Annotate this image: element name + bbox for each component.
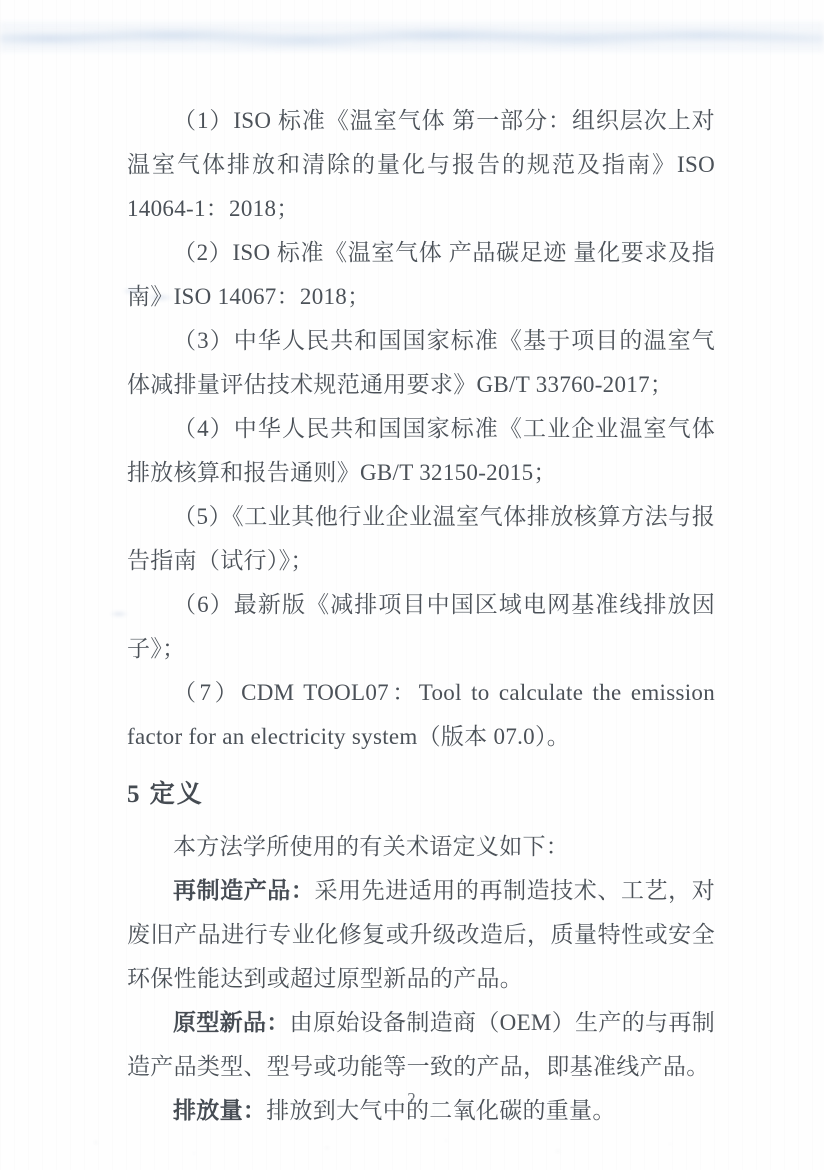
scanned-document-page: （1）ISO 标准《温室气体 第一部分：组织层次上对温室气体排放和清除的量化与报… [0, 0, 824, 1170]
definition-original-new-product: 原型新品：由原始设备制造商（OEM）生产的与再制造产品类型、型号或功能等一致的产… [127, 1001, 715, 1089]
reference-item-5: （5）《工业其他行业企业温室气体排放核算方法与报告指南（试行）》； [127, 495, 715, 583]
document-body: （1）ISO 标准《温室气体 第一部分：组织层次上对温室气体排放和清除的量化与报… [127, 99, 715, 1133]
definitions-intro: 本方法学所使用的有关术语定义如下： [127, 825, 715, 869]
reference-item-6: （6）最新版《减排项目中国区域电网基准线排放因子》； [127, 583, 715, 671]
scan-smudge-band [0, 22, 824, 52]
definition-remanufactured-product: 再制造产品：采用先进适用的再制造技术、工艺，对废旧产品进行专业化修复或升级改造后… [127, 869, 715, 1001]
section-heading-definitions: 5 定义 [127, 778, 715, 812]
definition-term: 原型新品： [173, 1010, 290, 1035]
scan-speckle [40, 1128, 740, 1164]
page-number: 2 [0, 1089, 824, 1109]
reference-item-3: （3）中华人民共和国国家标准《基于项目的温室气体减排量评估技术规范通用要求》GB… [127, 319, 715, 407]
definition-term: 再制造产品： [173, 878, 314, 903]
reference-item-4: （4）中华人民共和国国家标准《工业企业温室气体排放核算和报告通则》GB/T 32… [127, 407, 715, 495]
reference-item-2: （2）ISO 标准《温室气体 产品碳足迹 量化要求及指南》ISO 14067：2… [127, 231, 715, 319]
reference-item-1: （1）ISO 标准《温室气体 第一部分：组织层次上对温室气体排放和清除的量化与报… [127, 99, 715, 231]
reference-item-7: （7）CDM TOOL07：Tool to calculate the emis… [127, 671, 715, 759]
